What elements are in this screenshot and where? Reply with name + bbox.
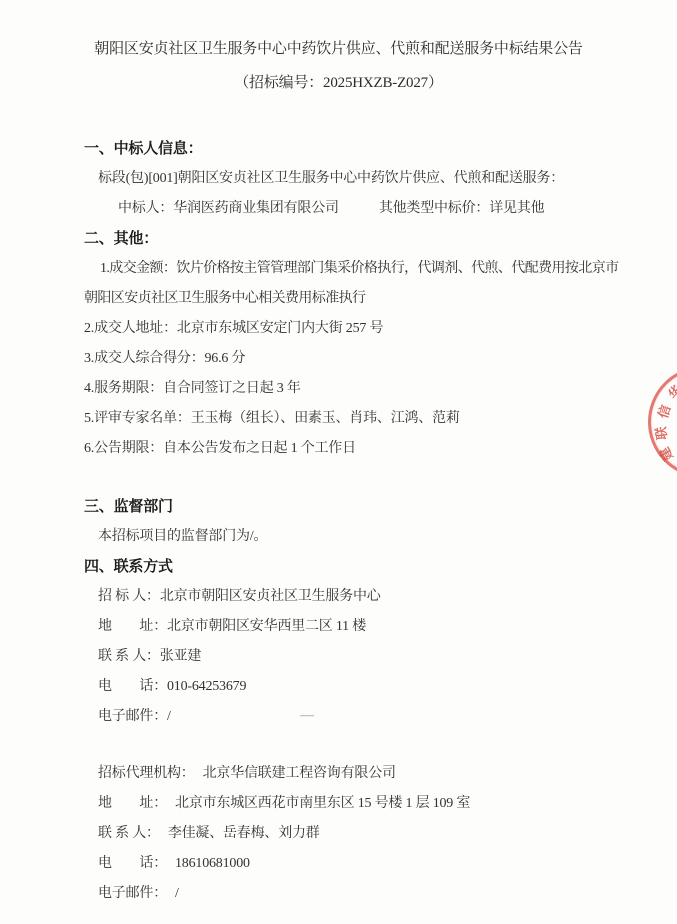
winner-label: 中标人： xyxy=(118,201,173,216)
contact-row-agency-address: 地 址：北京市东城区西花市南里东区 15 号楼 1 层 109 室 xyxy=(98,789,637,819)
contact-value: 北京华信联建工程咨询有限公司 xyxy=(203,766,396,781)
section3-heading: 三、监督部门 xyxy=(84,492,637,522)
contact-label: 电子邮件： xyxy=(98,879,167,909)
contact-label: 电 话： xyxy=(98,672,167,702)
contact-value: 010-64253679 xyxy=(167,679,246,694)
contact-value: 北京市朝阳区安华西里二区 11 楼 xyxy=(167,619,366,634)
contact-value: 北京市朝阳区安贞社区卫生服务中心 xyxy=(160,589,381,604)
lot-line: 标段(包)[001]朝阳区安贞社区卫生服务中心中药饮片供应、代煎和配送服务： xyxy=(98,164,637,194)
document-title: 朝阳区安贞社区卫生服务中心中药饮片供应、代煎和配送服务中标结果公告 xyxy=(30,38,647,60)
experts-item: 5.评审专家名单：王玉梅（组长）、田素玉、肖玮、江鸿、范莉 xyxy=(84,404,629,434)
winner-name: 华润医药商业集团有限公司 xyxy=(173,201,339,216)
contact-row-tenderer-phone: 电 话：010-64253679 xyxy=(98,672,637,702)
contact-label: 招 标 人： xyxy=(98,582,160,612)
tender-number: （招标编号：2025HXZB-Z027） xyxy=(30,72,647,94)
contact-row-agency-name: 招标代理机构：北京华信联建工程咨询有限公司 xyxy=(98,759,637,789)
agency-contact-block: 招标代理机构：北京华信联建工程咨询有限公司 地 址：北京市东城区西花市南里东区 … xyxy=(0,759,677,909)
score-item: 3.成交人综合得分：96.6 分 xyxy=(84,344,629,374)
scan-artifact-dash: — xyxy=(284,704,330,728)
contact-value: / xyxy=(167,709,171,724)
contact-row-tenderer-person: 联 系 人：张亚建 xyxy=(98,642,637,672)
contact-value: 李佳凝、岳春梅、刘力群 xyxy=(168,826,320,841)
contact-label: 地 址： xyxy=(98,612,167,642)
other-price-label: 其他类型中标价： xyxy=(379,201,489,216)
contact-row-agency-person: 联 系 人：李佳凝、岳春梅、刘力群 xyxy=(98,819,637,849)
section1-heading: 一、中标人信息： xyxy=(84,134,637,164)
contact-label: 联 系 人： xyxy=(98,642,160,672)
contact-row-tenderer-email: 电子邮件：/ xyxy=(98,702,637,732)
seal-glyph: 联 xyxy=(650,426,670,441)
contact-row-tenderer-name: 招 标 人：北京市朝阳区安贞社区卫生服务中心 xyxy=(98,582,637,612)
winner-line: 中标人：华润医药商业集团有限公司其他类型中标价：详见其他 xyxy=(118,194,637,224)
contact-label: 招标代理机构： xyxy=(98,759,195,789)
winner-address-item: 2.成交人地址：北京市东城区安定门内大街 257 号 xyxy=(84,314,629,344)
contact-label: 电 话： xyxy=(98,849,167,879)
service-term-item: 4.服务期限：自合同签订之日起 3 年 xyxy=(84,374,629,404)
other-price-value: 详见其他 xyxy=(489,201,544,216)
contact-row-agency-phone: 电 话：18610681000 xyxy=(98,849,637,879)
contact-value: 18610681000 xyxy=(175,856,250,871)
announcement-period-item: 6.公告期限：自本公告发布之日起 1 个工作日 xyxy=(84,434,629,464)
contact-value: 北京市东城区西花市南里东区 15 号楼 1 层 109 室 xyxy=(175,796,470,811)
contact-value: 张亚建 xyxy=(160,649,201,664)
supervision-text: 本招标项目的监督部门为/。 xyxy=(98,522,637,552)
contact-value: / xyxy=(175,886,179,901)
section2-heading: 二、其他： xyxy=(84,224,637,254)
section4-heading: 四、联系方式 xyxy=(84,552,637,582)
agency-seal-stamp: 华 信 联 建 xyxy=(648,366,677,478)
tenderer-contact-block: 招 标 人：北京市朝阳区安贞社区卫生服务中心 地 址：北京市朝阳区安华西里二区 … xyxy=(0,582,677,732)
contact-row-tenderer-address: 地 址：北京市朝阳区安华西里二区 11 楼 xyxy=(98,612,637,642)
contact-label: 联 系 人： xyxy=(98,819,160,849)
scanned-announcement-page: 朝阳区安贞社区卫生服务中心中药饮片供应、代煎和配送服务中标结果公告 （招标编号：… xyxy=(0,0,677,924)
contact-row-agency-email: 电子邮件：/ xyxy=(98,879,637,909)
contact-label: 电子邮件： xyxy=(98,702,167,732)
deal-amount-item: 1.成交金额：饮片价格按主管管理部门集采价格执行，代调剂、代煎、代配费用按北京市… xyxy=(84,254,629,314)
contact-label: 地 址： xyxy=(98,789,167,819)
